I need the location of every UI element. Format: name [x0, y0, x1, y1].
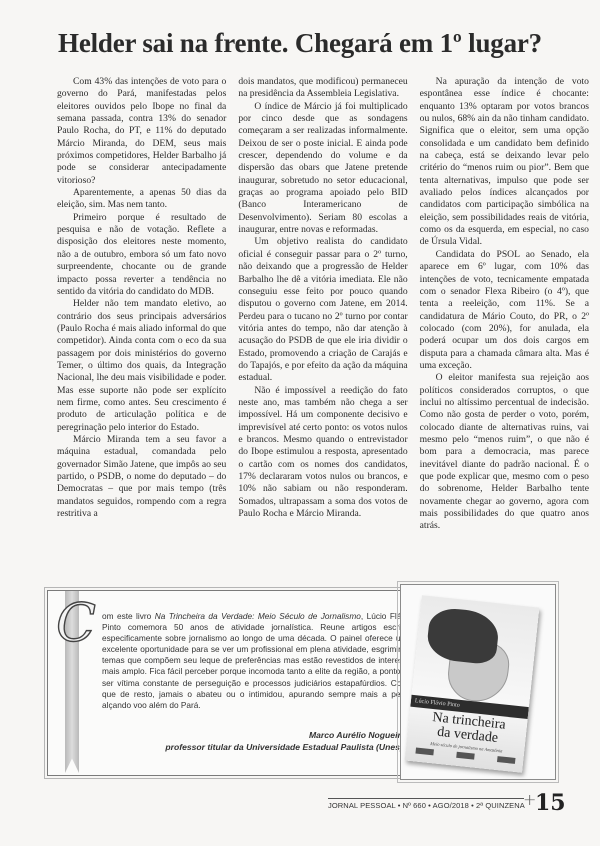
paragraph: O índice de Márcio já foi multiplicado p… — [238, 101, 407, 237]
paragraph: Aparentemente, a apenas 50 dias da eleiç… — [57, 187, 226, 212]
signature-name: Marco Aurélio Nogueira, — [78, 729, 408, 741]
book-title-italic: Na Trincheira da Verdade: Meio Século de… — [155, 611, 361, 621]
paragraph: Com 43% das intenções de voto para o gov… — [57, 76, 226, 187]
paragraph: dois mandatos, que modificou) permaneceu… — [238, 76, 407, 101]
paragraph: Márcio Miranda tem a seu favor a máquina… — [57, 434, 226, 520]
page-footer: JORNAL PESSOAL • Nº 660 • AGO/2018 • 2ª … — [328, 792, 580, 816]
book-review-box: C om este livro Na Trincheira da Verdade… — [47, 590, 419, 776]
footer-rule — [328, 798, 524, 799]
paragraph: Um objetivo realista do candidato oficia… — [238, 236, 407, 384]
article-body: Com 43% das intenções de voto para o gov… — [57, 76, 589, 562]
publisher-logo-icon — [415, 748, 434, 756]
book-review-text: om este livro Na Trincheira da Verdade: … — [102, 611, 412, 711]
signature-role: professor titular da Universidade Estadu… — [78, 741, 408, 753]
paragraph: Não é impossível a reedição do fato nest… — [238, 385, 407, 521]
paragraph: Candidata do PSOL ao Senado, ela aparece… — [420, 249, 589, 372]
signature: Marco Aurélio Nogueira, professor titula… — [78, 729, 408, 753]
footer-publication-info: JORNAL PESSOAL • Nº 660 • AGO/2018 • 2ª … — [328, 801, 525, 810]
book-cover-frame: Lúcio Flávio Pinto Na trincheira da verd… — [400, 584, 556, 780]
intro-text: om este livro — [102, 611, 155, 621]
paragraph: O eleitor manifesta sua rejeição aos pol… — [420, 372, 589, 532]
publisher-logo-icon — [456, 752, 475, 760]
article-column-3: Na apuração da intenção de voto espontân… — [420, 76, 589, 562]
article-column-2: dois mandatos, que modificou) permaneceu… — [238, 76, 407, 562]
page-number: 15 — [535, 792, 566, 814]
amazon-region-map-icon — [425, 606, 500, 665]
paragraph: Na apuração da intenção de voto espontân… — [420, 76, 589, 249]
book-cover-image: Lúcio Flávio Pinto Na trincheira da verd… — [405, 595, 540, 772]
paragraph: Helder não tem mandato eletivo, ao contr… — [57, 298, 226, 434]
article-column-1: Com 43% das intenções de voto para o gov… — [57, 76, 226, 562]
paragraph: Primeiro porque é resultado de pesquisa … — [57, 212, 226, 298]
publisher-logo-icon — [497, 756, 516, 764]
review-body: , Lúcio Flávio Pinto comemora 50 anos de… — [102, 611, 412, 710]
article-headline: Helder sai na frente. Chegará em 1º luga… — [0, 28, 600, 59]
dropcap: C — [56, 597, 96, 651]
